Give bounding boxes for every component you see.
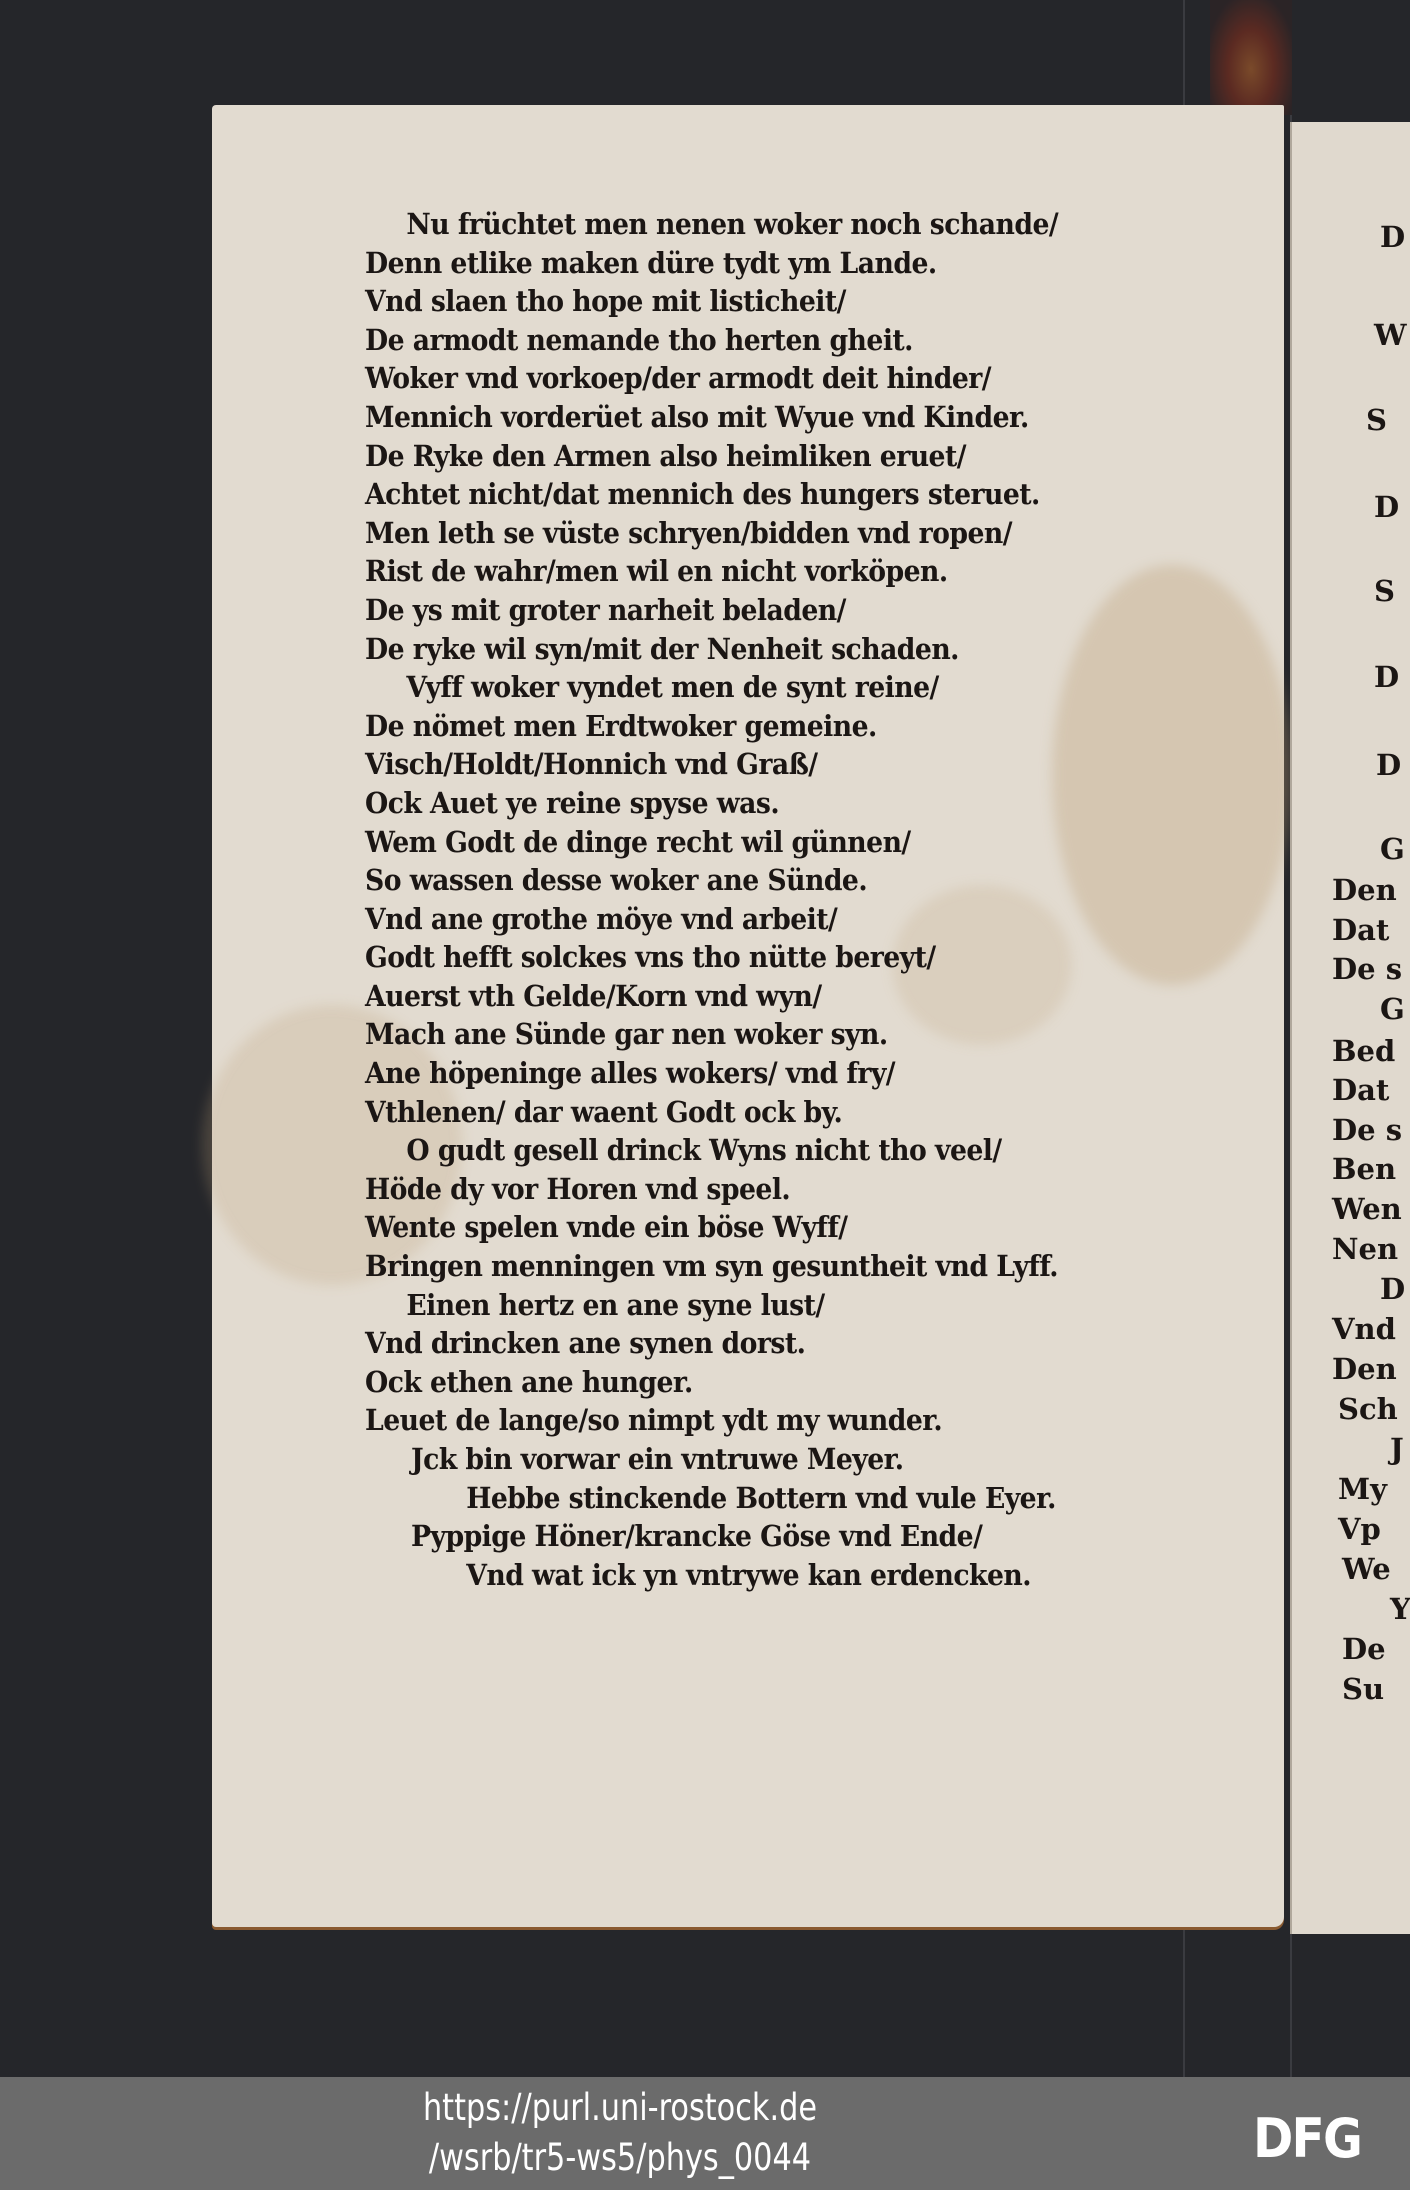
text-line: Rist de wahr/men wil en nicht vorköpen. xyxy=(365,552,1156,591)
text-line: De ys mit groter narheit beladen/ xyxy=(365,591,1156,630)
text-line: De Ryke den Armen also heimliken eruet/ xyxy=(365,437,1156,476)
text-line: Höde dy vor Horen vnd speel. xyxy=(365,1170,1156,1209)
permalink[interactable]: https://purl.uni-rostock.de /wsrb/tr5-ws… xyxy=(390,2083,849,2183)
right-page-line-fragment: S xyxy=(1374,574,1395,608)
right-page-line-fragment: G xyxy=(1380,832,1405,866)
right-page-line-fragment: D xyxy=(1374,490,1399,524)
dfg-logo: DFG xyxy=(1253,2107,1361,2170)
text-line: De armodt nemande tho herten gheit. xyxy=(365,321,1156,360)
right-page-line-fragment: D xyxy=(1374,660,1399,694)
right-page-line-fragment: Den xyxy=(1332,1352,1397,1386)
text-line: Jck bin vorwar ein vntruwe Meyer. xyxy=(365,1440,1156,1479)
text-line: Vnd ane grothe möye vnd arbeit/ xyxy=(365,900,1156,939)
right-page-line-fragment: Y xyxy=(1390,1592,1410,1626)
right-page-line-fragment: S xyxy=(1366,403,1387,437)
right-page-line-fragment: D xyxy=(1380,1272,1405,1306)
text-line: Pyppige Höner/krancke Göse vnd Ende/ xyxy=(365,1517,1156,1556)
right-page-line-fragment: J xyxy=(1390,1432,1404,1466)
right-page-line-fragment: De xyxy=(1342,1632,1386,1666)
text-line: Vnd slaen tho hope mit listicheit/ xyxy=(365,282,1156,321)
right-page-line-fragment: Ben xyxy=(1332,1152,1396,1186)
book-headband xyxy=(1210,0,1292,115)
text-line: Vnd wat ick yn vntrywe kan erdencken. xyxy=(365,1556,1156,1595)
right-page-line-fragment: We xyxy=(1342,1552,1391,1586)
text-line: Denn etlike maken düre tydt ym Lande. xyxy=(365,244,1156,283)
right-page-line-fragment: W xyxy=(1374,318,1407,352)
text-line: Nu früchtet men nenen woker noch schande… xyxy=(365,205,1156,244)
text-line: Ock ethen ane hunger. xyxy=(365,1363,1156,1402)
text-line: Bringen menningen vm syn gesuntheit vnd … xyxy=(365,1247,1156,1286)
right-page-line-fragment: Nen xyxy=(1332,1232,1398,1266)
right-page-line-fragment: Vnd xyxy=(1332,1312,1396,1346)
right-page-line-fragment: De s xyxy=(1332,1113,1402,1147)
text-line: Wem Godt de dinge recht wil günnen/ xyxy=(365,823,1156,862)
right-page-line-fragment: Den xyxy=(1332,873,1397,907)
right-page-line-fragment: Dat xyxy=(1332,913,1389,947)
text-line: Vthlenen/ dar waent Godt ock by. xyxy=(365,1093,1156,1132)
text-line: De ryke wil syn/mit der Nenheit schaden. xyxy=(365,630,1156,669)
permalink-line-1[interactable]: https://purl.uni-rostock.de xyxy=(390,2083,849,2133)
right-page-line-fragment: D xyxy=(1376,748,1401,782)
text-line: Ane höpeninge alles wokers/ vnd fry/ xyxy=(365,1054,1156,1093)
right-page-line-fragment: My xyxy=(1338,1472,1387,1506)
text-line: Achtet nicht/dat mennich des hungers ste… xyxy=(365,475,1156,514)
text-line: Mennich vorderüet also mit Wyue vnd Kind… xyxy=(365,398,1156,437)
text-line: Men leth se vüste schryen/bidden vnd rop… xyxy=(365,514,1156,553)
text-line: Ock Auet ye reine spyse was. xyxy=(365,784,1156,823)
footer-bar: https://purl.uni-rostock.de /wsrb/tr5-ws… xyxy=(0,2077,1410,2190)
text-line: Vnd drincken ane synen dorst. xyxy=(365,1324,1156,1363)
right-page-line-fragment: Su xyxy=(1342,1672,1384,1706)
text-line: O gudt gesell drinck Wyns nicht tho veel… xyxy=(365,1131,1156,1170)
right-page-line-fragment: Wen xyxy=(1332,1192,1402,1226)
text-line: Hebbe stinckende Bottern vnd vule Eyer. xyxy=(365,1479,1156,1518)
text-line: De nömet men Erdtwoker gemeine. xyxy=(365,707,1156,746)
text-line: Leuet de lange/so nimpt ydt my wunder. xyxy=(365,1401,1156,1440)
right-page-line-fragment: Dat xyxy=(1332,1073,1389,1107)
right-page-line-fragment: Sch xyxy=(1338,1392,1398,1426)
text-line: So wassen desse woker ane Sünde. xyxy=(365,861,1156,900)
right-page-line-fragment: Bed xyxy=(1332,1034,1395,1068)
right-page-line-fragment: D xyxy=(1380,220,1405,254)
text-line: Vyff woker vyndet men de synt reine/ xyxy=(365,668,1156,707)
right-page-line-fragment: De s xyxy=(1332,952,1402,986)
text-line: Mach ane Sünde gar nen woker syn. xyxy=(365,1015,1156,1054)
text-line: Woker vnd vorkoep/der armodt deit hinder… xyxy=(365,359,1156,398)
text-line: Wente spelen vnde ein böse Wyff/ xyxy=(365,1208,1156,1247)
right-page-line-fragment: Vp xyxy=(1338,1512,1381,1546)
text-line: Godt hefft solckes vns tho nütte bereyt/ xyxy=(365,938,1156,977)
permalink-line-2[interactable]: /wsrb/tr5-ws5/phys_0044 xyxy=(390,2133,849,2183)
text-line: Visch/Holdt/Honnich vnd Graß/ xyxy=(365,745,1156,784)
text-line: Einen hertz en ane syne lust/ xyxy=(365,1286,1156,1325)
page-text: Nu früchtet men nenen woker noch schande… xyxy=(365,205,1225,1594)
text-line: Auerst vth Gelde/Korn vnd wyn/ xyxy=(365,977,1156,1016)
right-page-line-fragment: G xyxy=(1380,992,1405,1026)
